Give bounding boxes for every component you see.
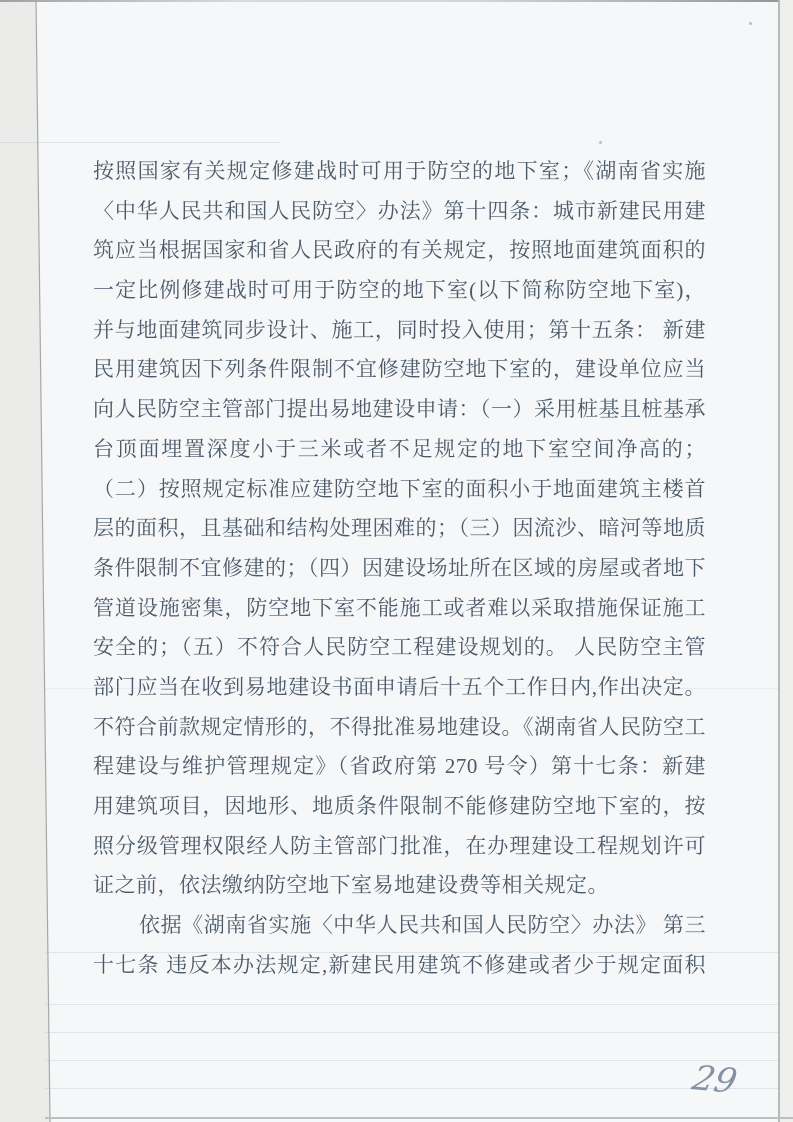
scan-right-margin [780, 0, 793, 1122]
text-line: 部门应当在收到易地建设书面申请后十五个工作日内,作出决定。 [93, 668, 706, 708]
scan-streak [45, 1032, 780, 1033]
text-line: 不符合前款规定情形的，不得批准易地建设。《湖南省人民防空工 [93, 708, 706, 748]
scan-streak [0, 142, 280, 143]
text-line: 民用建筑因下列条件限制不宜修建防空地下室的，建设单位应当 [93, 350, 706, 390]
document-text: 按照国家有关规定修建战时可用于防空的地下室；《湖南省实施 〈中华人民共和国人民防… [93, 152, 706, 985]
text-line: 并与地面建筑同步设计、施工，同时投入使用；第十五条： 新建 [93, 311, 706, 351]
page-bottom-edge-line [45, 1117, 793, 1119]
handwritten-page-number: 29 [689, 1058, 741, 1101]
text-line-paragraph-start: 依据《湖南省实施〈中华人民共和国人民防空〉办法》 第三 [93, 906, 706, 946]
text-line: 一定比例修建战时可用于防空的地下室(以下简称防空地下室)， [93, 271, 706, 311]
text-line: 管道设施密集，防空地下室不能施工或者难以采取措施保证施工 [93, 589, 706, 629]
text-line: 按照国家有关规定修建战时可用于防空的地下室；《湖南省实施 [93, 152, 706, 192]
text-line-paragraph-end: 证之前，依法缴纳防空地下室易地建设费等相关规定。 [93, 866, 706, 906]
scan-streak [45, 1004, 780, 1005]
text-line: 程建设与维护管理规定》（省政府第 270 号令）第十七条：新建民 [93, 747, 706, 787]
text-line: 层的面积，且基础和结构处理困难的；（三）因流沙、暗河等地质 [93, 509, 706, 549]
text-line: 条件限制不宜修建的；（四）因建设场址所在区域的房屋或者地下 [93, 549, 706, 589]
scan-speck [749, 22, 752, 25]
text-line: 十七条 违反本办法规定,新建民用建筑不修建或者少于规定面积 [93, 946, 706, 986]
text-line: 安全的；（五）不符合人民防空工程建设规划的。 人民防空主管 [93, 628, 706, 668]
text-line: 台顶面埋置深度小于三米或者不足规定的地下室空间净高的； [93, 430, 706, 470]
text-line: 照分级管理权限经人防主管部门批准，在办理建设工程规划许可 [93, 827, 706, 867]
text-line: （二）按照规定标准应建防空地下室的面积小于地面建筑主楼首 [93, 470, 706, 510]
text-line: 〈中华人民共和国人民防空〉办法》第十四条：城市新建民用建 [93, 192, 706, 232]
text-line: 用建筑项目，因地形、地质条件限制不能修建防空地下室的，按 [93, 787, 706, 827]
text-line: 筑应当根据国家和省人民政府的有关规定，按照地面建筑面积的 [93, 231, 706, 271]
scan-speck [599, 141, 602, 144]
scan-page: 按照国家有关规定修建战时可用于防空的地下室；《湖南省实施 〈中华人民共和国人民防… [0, 0, 793, 1122]
text-line: 向人民防空主管部门提出易地建设申请：（一）采用桩基且桩基承 [93, 390, 706, 430]
page-right-edge-line [778, 0, 780, 1122]
scan-top-edge-line [0, 0, 793, 2]
scan-streak [45, 1088, 780, 1089]
scan-streak [45, 1060, 780, 1061]
